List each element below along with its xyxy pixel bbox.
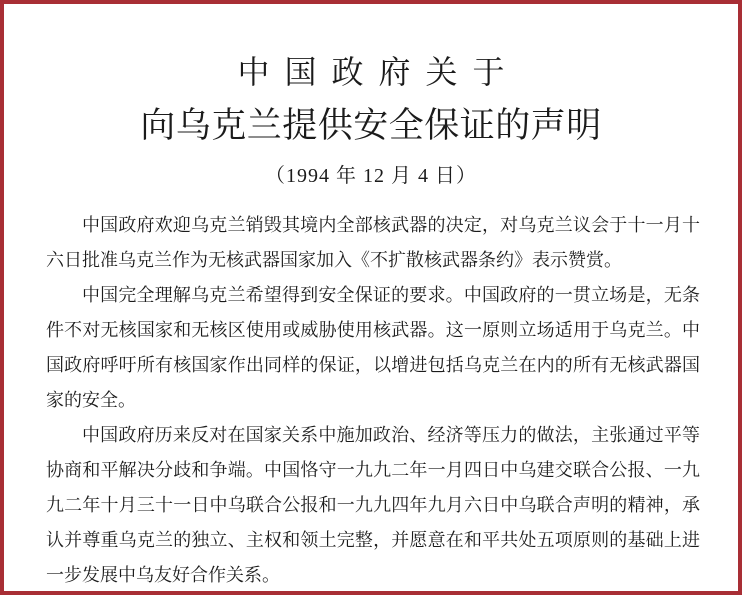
document-body: 中国政府欢迎乌克兰销毁其境内全部核武器的决定，对乌克兰议会于十一月十六日批准乌克… [46,208,700,593]
paragraph-1: 中国政府欢迎乌克兰销毁其境内全部核武器的决定，对乌克兰议会于十一月十六日批准乌克… [46,208,700,278]
scanned-document-page: 中国政府关于 向乌克兰提供安全保证的声明 （1994 年 12 月 4 日） 中… [0,0,744,599]
page-border-frame: 中国政府关于 向乌克兰提供安全保证的声明 （1994 年 12 月 4 日） 中… [0,0,742,595]
document-date: （1994 年 12 月 4 日） [4,159,738,188]
paragraph-2: 中国完全理解乌克兰希望得到安全保证的要求。中国政府的一贯立场是，无条件不对无核国… [46,278,700,418]
document-title-line2: 向乌克兰提供安全保证的声明 [4,106,738,146]
paragraph-3: 中国政府历来反对在国家关系中施加政治、经济等压力的做法，主张通过平等协商和平解决… [46,418,700,593]
document-title-line1: 中国政府关于 [4,54,738,91]
